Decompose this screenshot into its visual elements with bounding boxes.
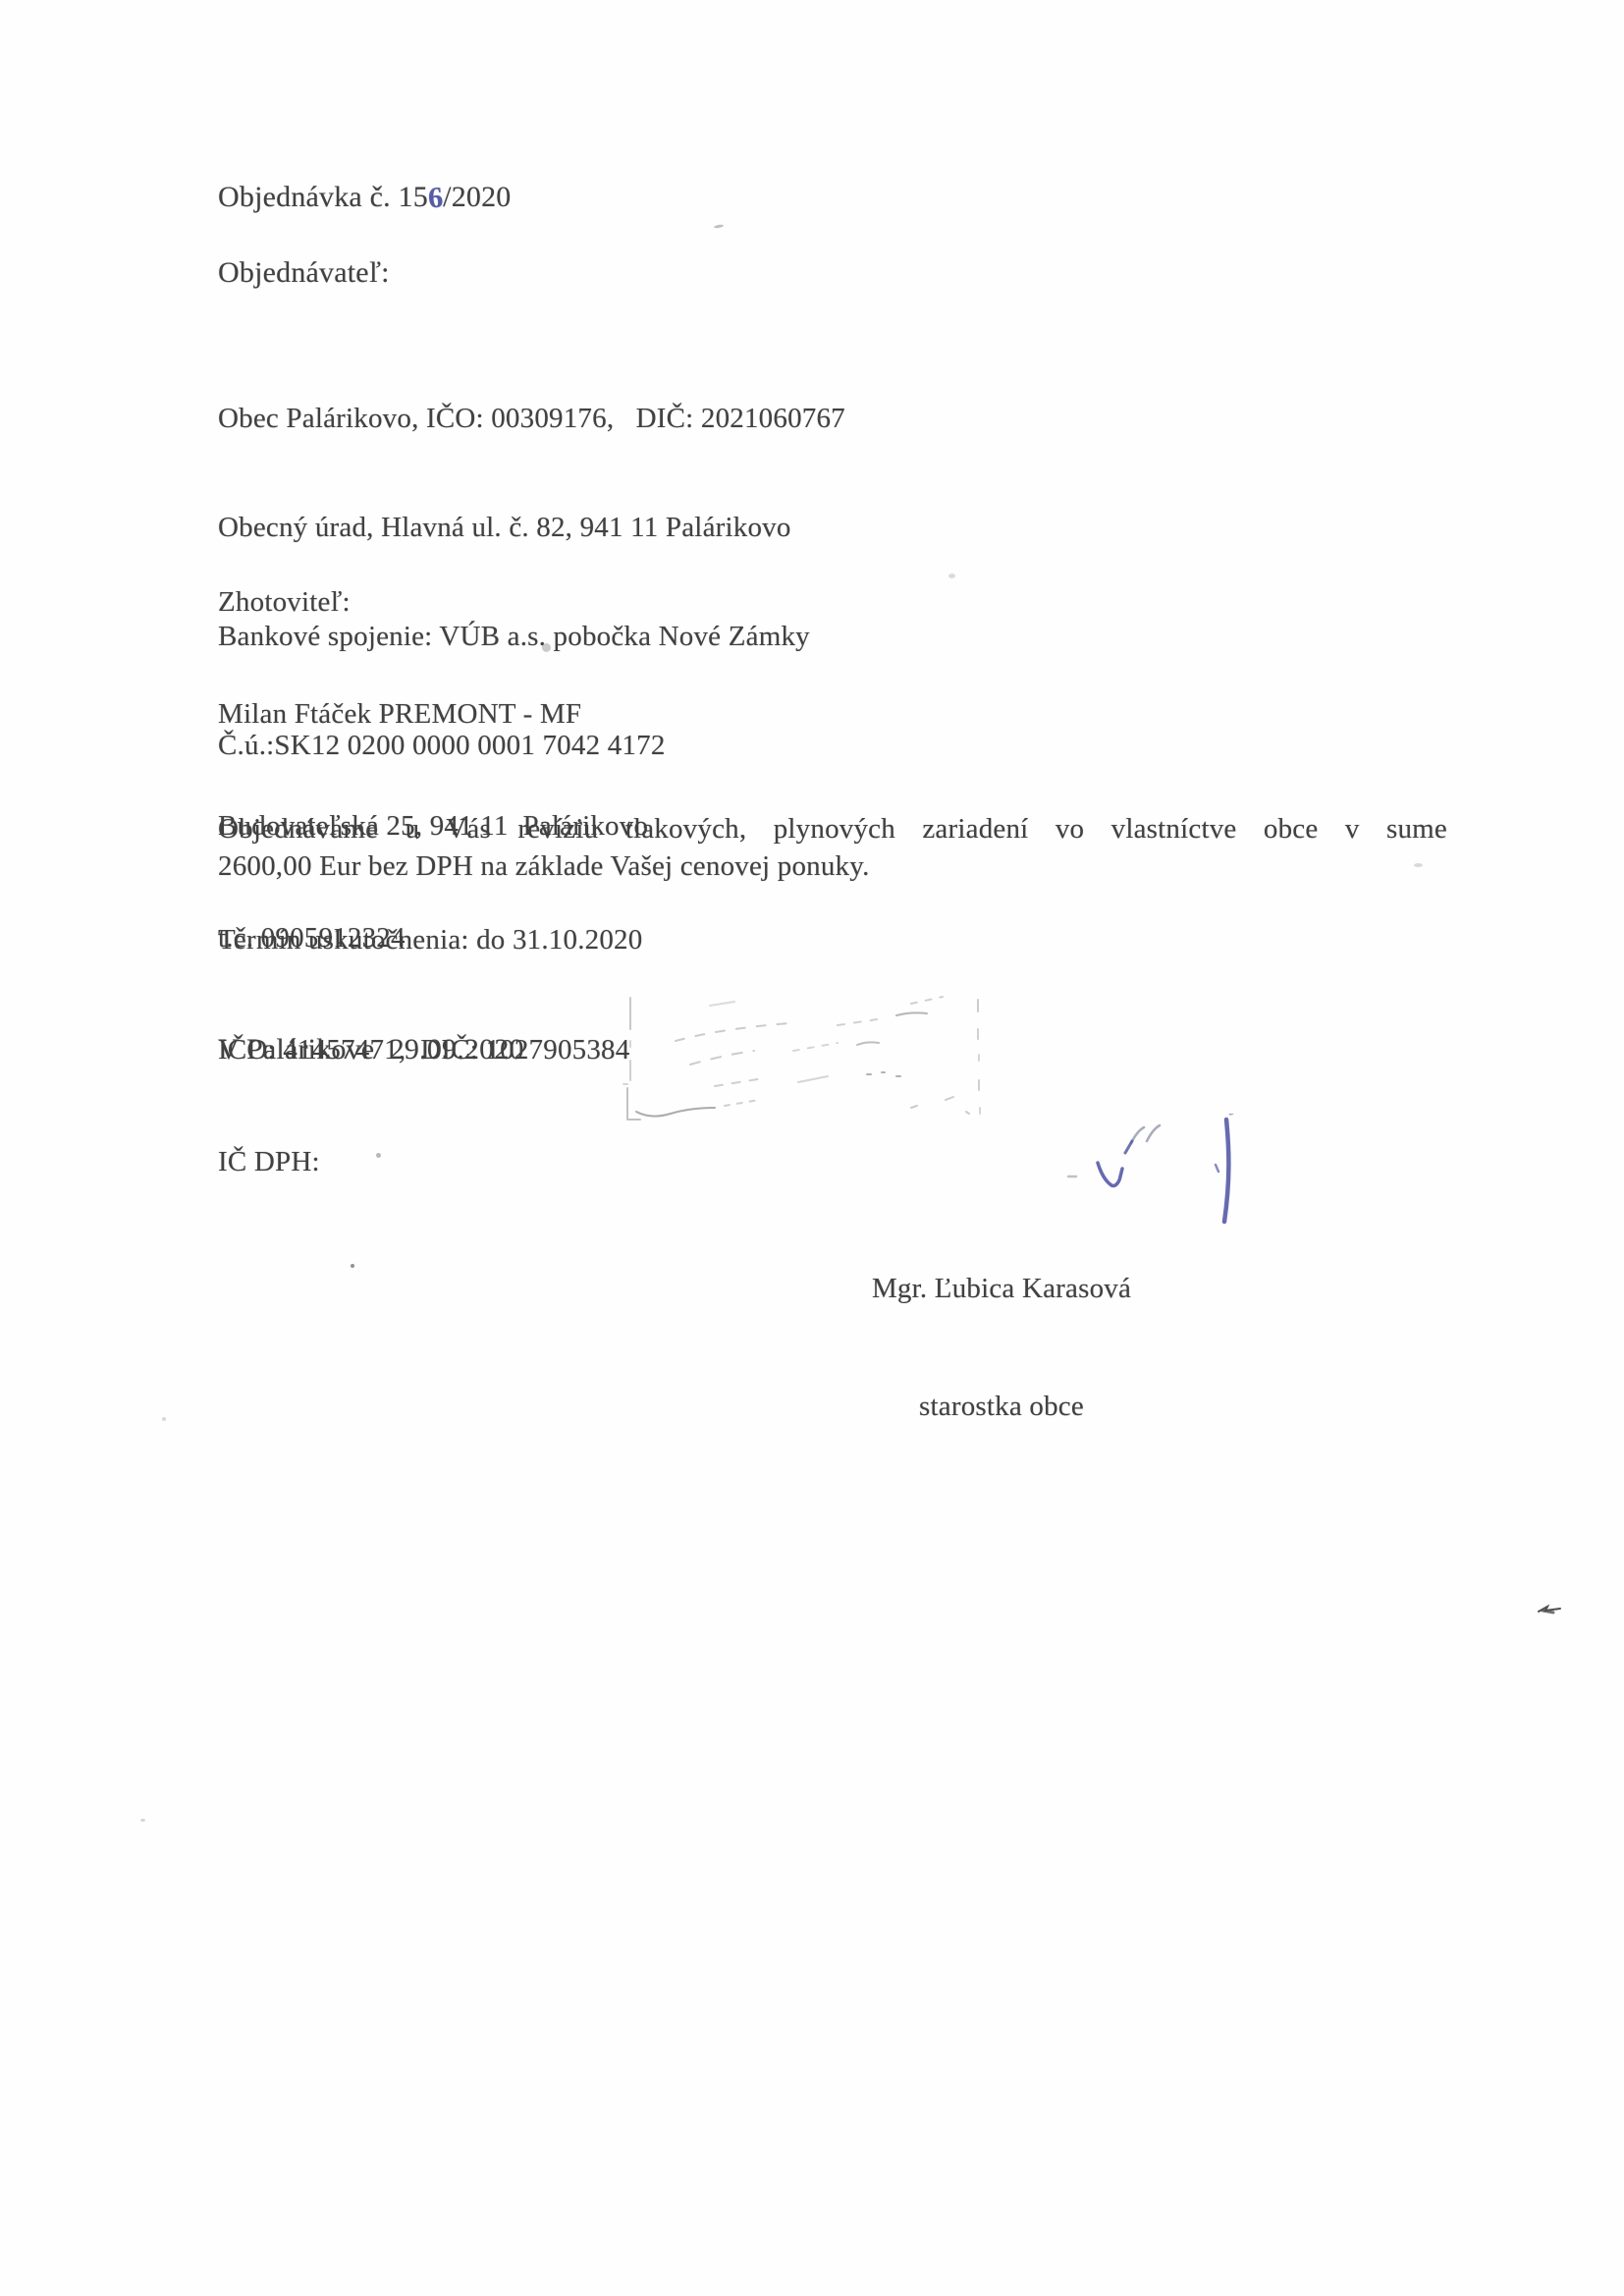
scan-speck bbox=[162, 1417, 166, 1421]
stamp-mark bbox=[617, 990, 990, 1127]
order-body-line: Objednávame u Vás revíziu tlakových, ply… bbox=[218, 813, 1447, 846]
contractor-label: Zhotoviteľ: bbox=[218, 583, 648, 621]
title-prefix: Objednávka č. 15 bbox=[218, 181, 428, 213]
scanned-document-page: Objednávka č. 156/2020 Objednávateľ: Obe… bbox=[0, 0, 1624, 2296]
scan-speck bbox=[376, 1153, 381, 1158]
scan-speck bbox=[542, 643, 551, 652]
scan-speck bbox=[1414, 863, 1423, 867]
signatory-block: Mgr. Ľubica Karasová starostka obce bbox=[815, 1190, 1188, 1504]
scan-speck bbox=[1537, 1603, 1564, 1616]
handwritten-digit: 6 bbox=[427, 182, 445, 216]
title-suffix: /2020 bbox=[443, 181, 511, 213]
signatory-name: Mgr. Ľubica Karasová bbox=[815, 1269, 1188, 1308]
document-title: Objednávka č. 156/2020 bbox=[218, 181, 512, 214]
scan-speck bbox=[948, 574, 955, 578]
contractor-line: IČ DPH: bbox=[218, 1143, 648, 1180]
deadline-line: Termín uskutočnenia: do 31.10.2020 bbox=[218, 924, 642, 957]
scan-speck bbox=[351, 1264, 354, 1268]
signatory-role: starostka obce bbox=[815, 1387, 1188, 1426]
scan-speck bbox=[140, 1819, 145, 1822]
order-body-line: 2600,00 Eur bez DPH na základe Vašej cen… bbox=[218, 850, 870, 883]
orderer-label: Objednávateľ: bbox=[218, 256, 390, 290]
scan-speck bbox=[714, 224, 724, 229]
orderer-line: Obec Palárikovo, IČO: 00309176, DIČ: 202… bbox=[218, 401, 845, 437]
contractor-line: Milan Ftáček PREMONT - MF bbox=[218, 695, 648, 733]
place-date-line: V Palárikove 29.09.2020 bbox=[218, 1033, 524, 1066]
